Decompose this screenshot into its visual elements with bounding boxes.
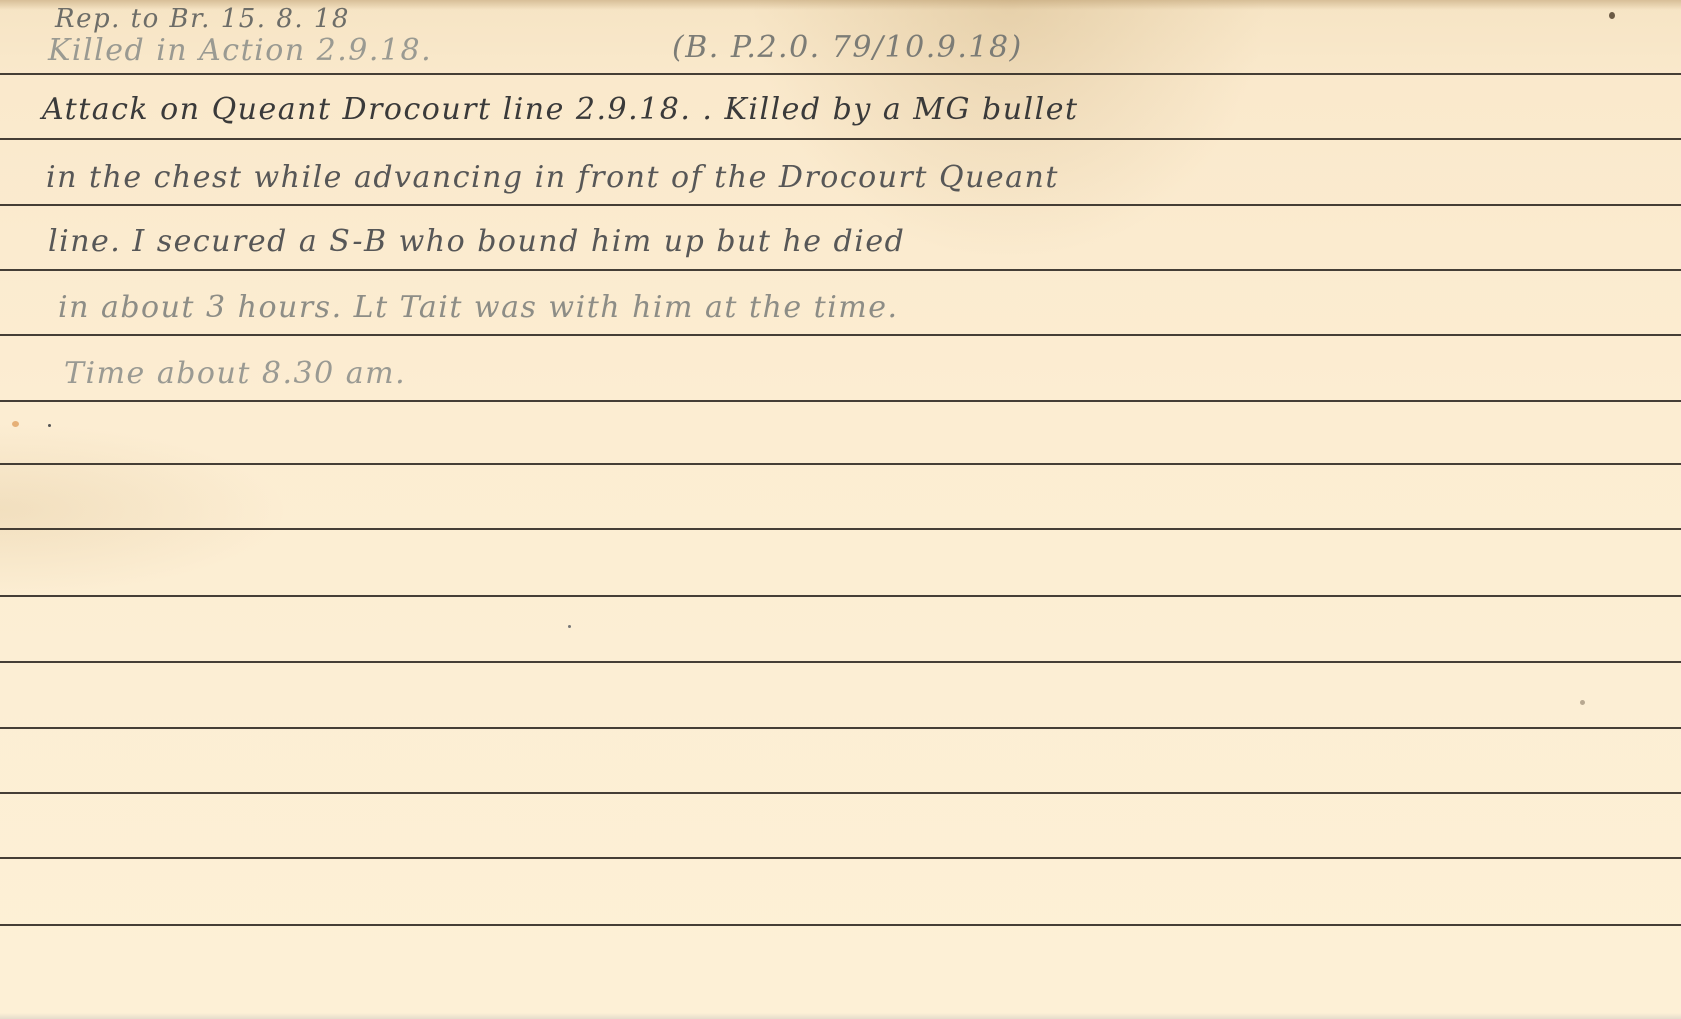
statement-line-3: line. I secured a S-B who bound him up b…: [48, 224, 905, 259]
ink-speck: [1580, 700, 1585, 705]
ruled-line: [0, 138, 1681, 140]
report-reference: Rep. to Br. 15. 8. 18: [55, 4, 350, 34]
ruled-line: [0, 792, 1681, 794]
ruled-line: [0, 595, 1681, 597]
ruled-line: [0, 727, 1681, 729]
ruled-line: [0, 661, 1681, 663]
ink-speck: [1609, 12, 1615, 19]
statement-line-5: Time about 8.30 am.: [64, 356, 406, 391]
ruled-line: [0, 334, 1681, 336]
statement-line-2: in the chest while advancing in front of…: [46, 160, 1059, 195]
ruled-line: [0, 400, 1681, 402]
index-card: Rep. to Br. 15. 8. 18 Killed in Action 2…: [0, 0, 1681, 1019]
ruled-line: [0, 204, 1681, 206]
ruled-line: [0, 463, 1681, 465]
casualty-list-reference: (B. P.2.0. 79/10.9.18): [672, 30, 1023, 65]
ruled-line: [0, 269, 1681, 271]
casualty-status: Killed in Action 2.9.18.: [48, 33, 432, 68]
ink-speck: [568, 625, 571, 628]
ink-speck: [48, 424, 51, 427]
statement-line-4: in about 3 hours. Lt Tait was with him a…: [58, 290, 899, 325]
ruled-line: [0, 528, 1681, 530]
statement-line-1: Attack on Queant Drocourt line 2.9.18. .…: [42, 92, 1079, 127]
ruled-line: [0, 857, 1681, 859]
ruled-line: [0, 73, 1681, 75]
ruled-line: [0, 924, 1681, 926]
stain-spot: [12, 421, 19, 427]
